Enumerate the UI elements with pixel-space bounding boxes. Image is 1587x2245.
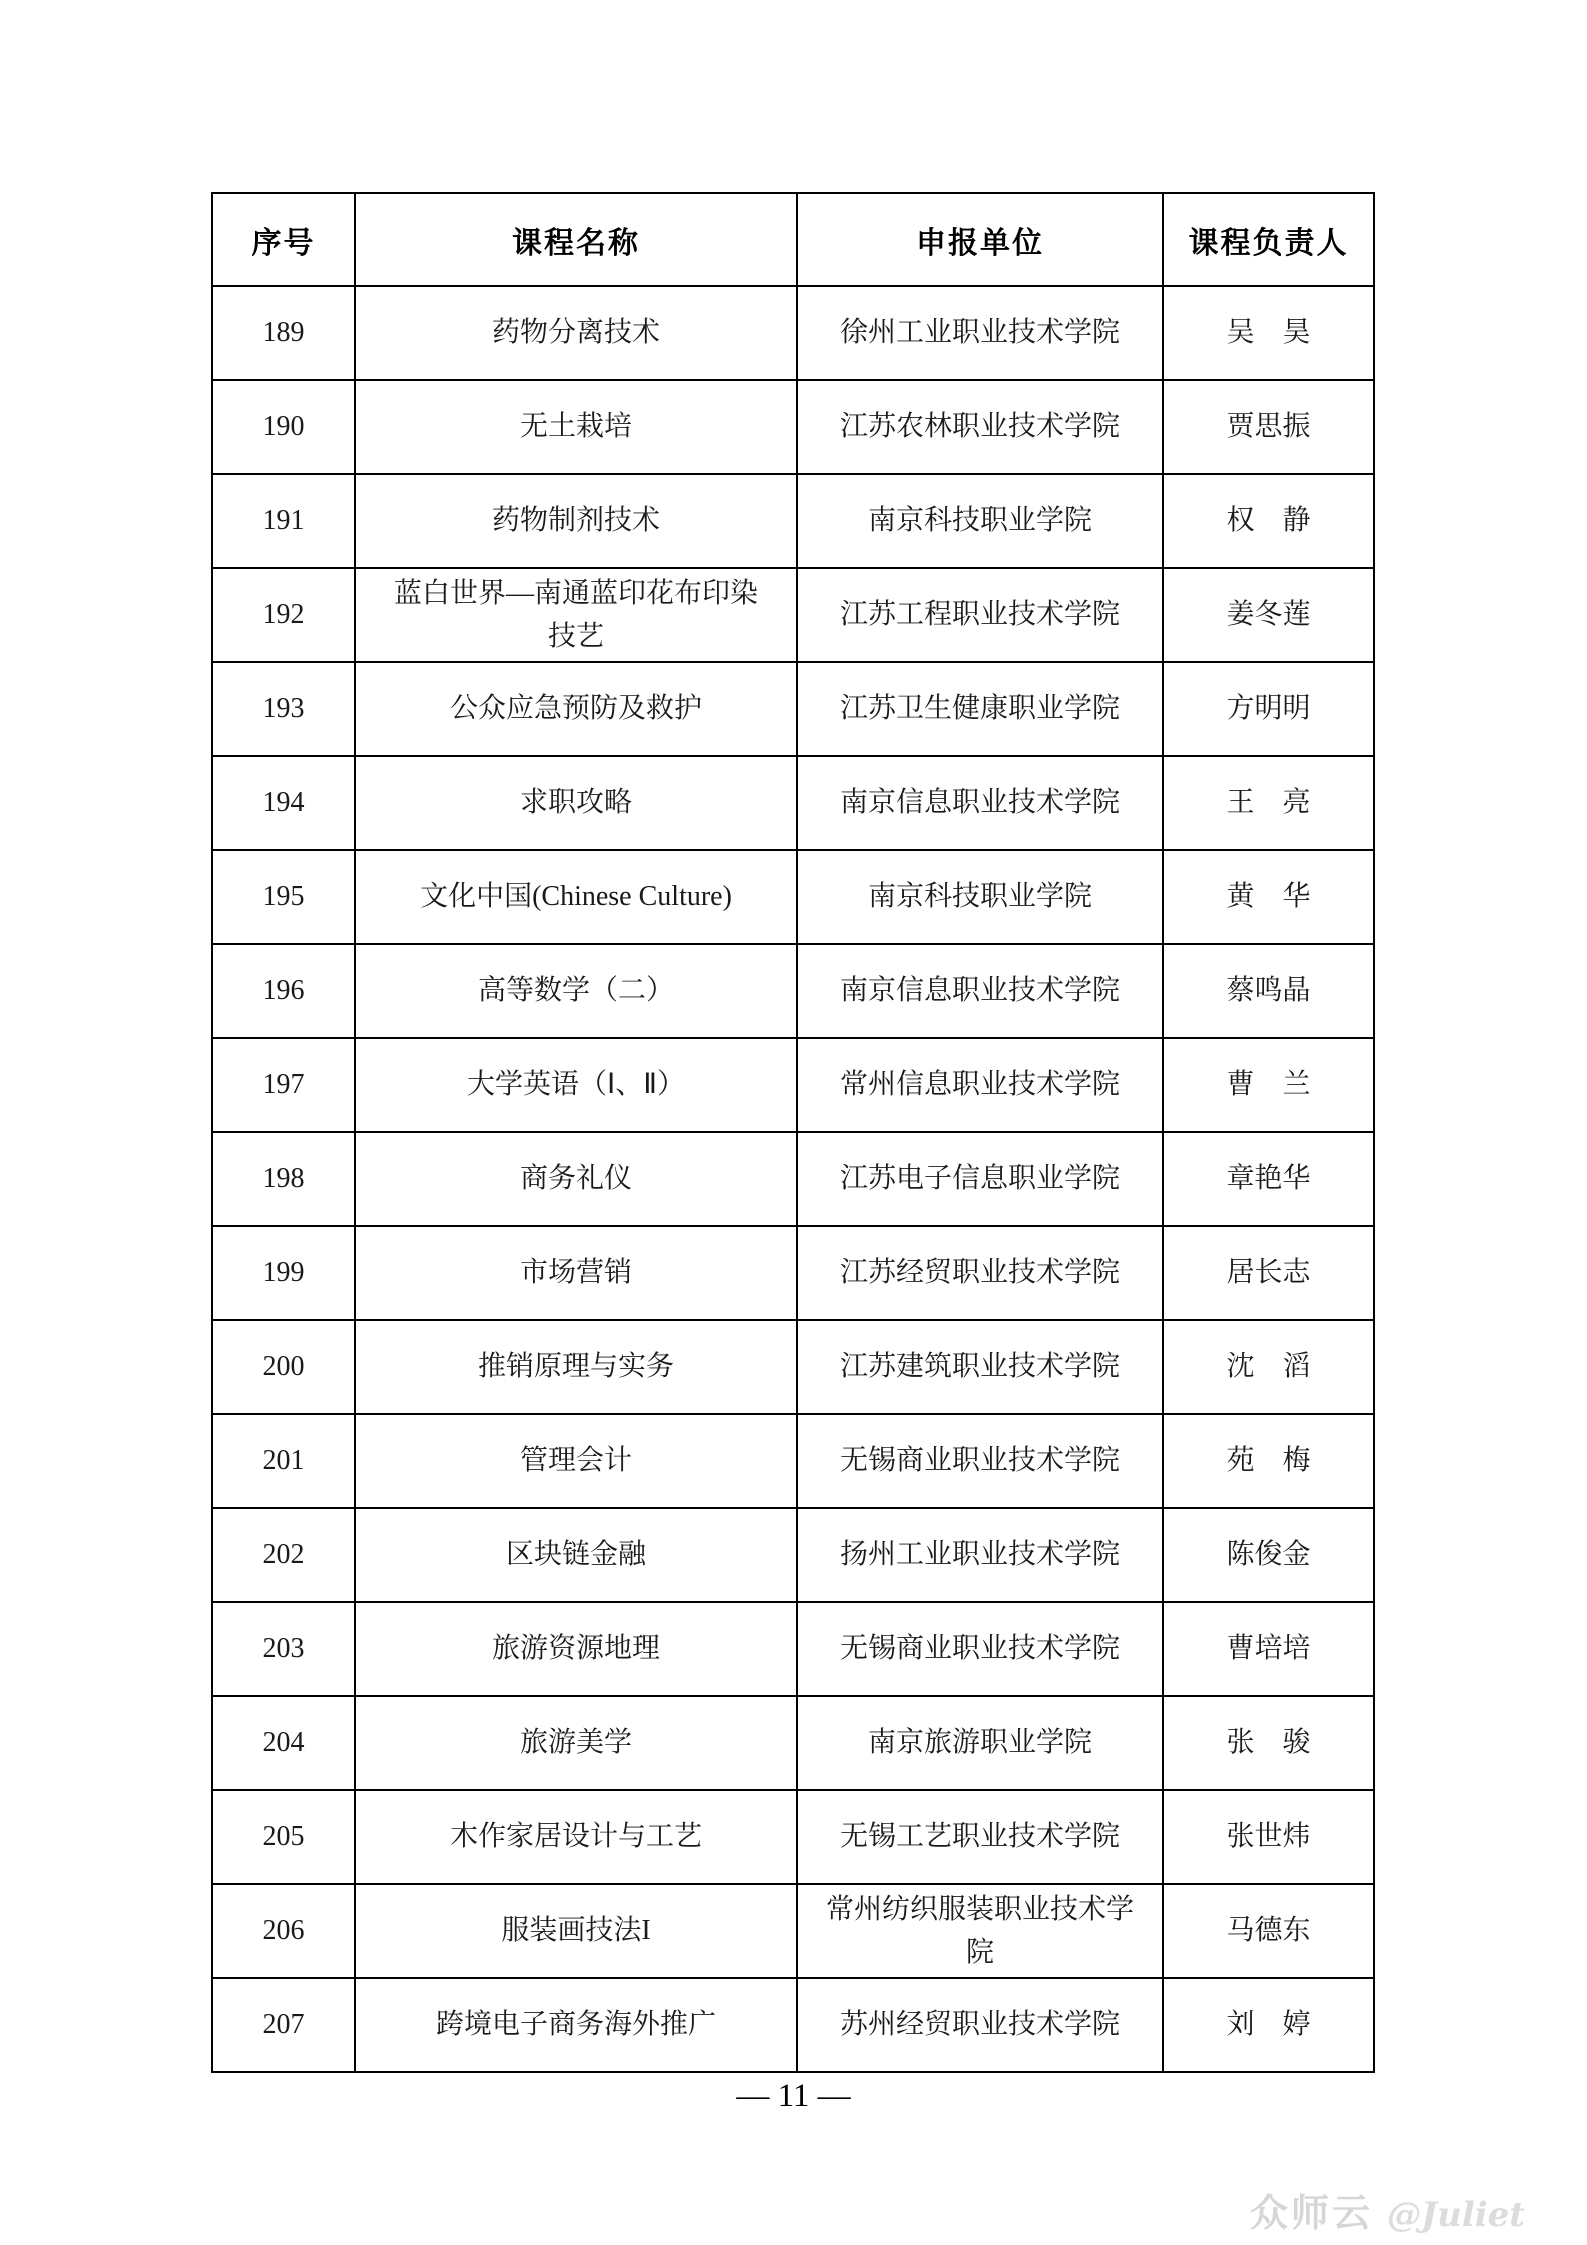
cell-leader: 权 静 (1163, 474, 1374, 568)
cell-unit: 无锡工艺职业技术学院 (797, 1790, 1163, 1884)
table-row: 193公众应急预防及救护江苏卫生健康职业学院方明明 (212, 662, 1374, 756)
cell-leader: 方明明 (1163, 662, 1374, 756)
cell-leader: 马德东 (1163, 1884, 1374, 1978)
cell-leader: 沈 滔 (1163, 1320, 1374, 1414)
table-row: 202区块链金融扬州工业职业技术学院陈俊金 (212, 1508, 1374, 1602)
cell-leader: 贾思振 (1163, 380, 1374, 474)
table-row: 195文化中国(Chinese Culture)南京科技职业学院黄 华 (212, 850, 1374, 944)
cell-unit: 江苏经贸职业技术学院 (797, 1226, 1163, 1320)
cell-unit: 徐州工业职业技术学院 (797, 286, 1163, 380)
page-number: — 11 — (0, 2078, 1587, 2115)
cell-course: 大学英语（Ⅰ、Ⅱ） (355, 1038, 797, 1132)
cell-course: 求职攻略 (355, 756, 797, 850)
cell-unit: 江苏卫生健康职业学院 (797, 662, 1163, 756)
cell-unit: 江苏电子信息职业学院 (797, 1132, 1163, 1226)
cell-no: 198 (212, 1132, 355, 1226)
cell-unit: 扬州工业职业技术学院 (797, 1508, 1163, 1602)
cell-unit: 常州信息职业技术学院 (797, 1038, 1163, 1132)
cell-no: 203 (212, 1602, 355, 1696)
cell-no: 196 (212, 944, 355, 1038)
cell-leader: 黄 华 (1163, 850, 1374, 944)
cell-course: 文化中国(Chinese Culture) (355, 850, 797, 944)
table-row: 203旅游资源地理无锡商业职业技术学院曹培培 (212, 1602, 1374, 1696)
cell-leader: 刘 婷 (1163, 1978, 1374, 2072)
cell-leader: 章艳华 (1163, 1132, 1374, 1226)
col-header-course-leader: 课程负责人 (1163, 193, 1374, 286)
cell-unit: 常州纺织服装职业技术学院 (797, 1884, 1163, 1978)
cell-leader: 张世炜 (1163, 1790, 1374, 1884)
cell-no: 202 (212, 1508, 355, 1602)
cell-leader: 吴 昊 (1163, 286, 1374, 380)
cell-leader: 陈俊金 (1163, 1508, 1374, 1602)
watermark-brand: 众师云 (1250, 2193, 1373, 2235)
table-row: 192蓝白世界—南通蓝印花布印染技艺江苏工程职业技术学院姜冬莲 (212, 568, 1374, 662)
cell-unit: 无锡商业职业技术学院 (797, 1602, 1163, 1696)
cell-unit: 南京信息职业技术学院 (797, 944, 1163, 1038)
cell-no: 189 (212, 286, 355, 380)
cell-course: 高等数学（二） (355, 944, 797, 1038)
table-row: 191药物制剂技术南京科技职业学院权 静 (212, 474, 1374, 568)
table-row: 205木作家居设计与工艺无锡工艺职业技术学院张世炜 (212, 1790, 1374, 1884)
cell-no: 204 (212, 1696, 355, 1790)
cell-unit: 江苏农林职业技术学院 (797, 380, 1163, 474)
table-body: 189药物分离技术徐州工业职业技术学院吴 昊190无土栽培江苏农林职业技术学院贾… (212, 286, 1374, 2072)
cell-unit: 南京科技职业学院 (797, 474, 1163, 568)
cell-course: 旅游资源地理 (355, 1602, 797, 1696)
cell-course: 药物制剂技术 (355, 474, 797, 568)
header-row: 序号 课程名称 申报单位 课程负责人 (212, 193, 1374, 286)
cell-unit: 江苏建筑职业技术学院 (797, 1320, 1163, 1414)
table-row: 201管理会计无锡商业职业技术学院苑 梅 (212, 1414, 1374, 1508)
cell-course: 服装画技法I (355, 1884, 797, 1978)
table-row: 204旅游美学南京旅游职业学院张 骏 (212, 1696, 1374, 1790)
table-row: 198商务礼仪江苏电子信息职业学院章艳华 (212, 1132, 1374, 1226)
cell-no: 190 (212, 380, 355, 474)
col-header-course-name: 课程名称 (355, 193, 797, 286)
cell-no: 200 (212, 1320, 355, 1414)
cell-course: 管理会计 (355, 1414, 797, 1508)
cell-no: 191 (212, 474, 355, 568)
cell-no: 201 (212, 1414, 355, 1508)
cell-no: 205 (212, 1790, 355, 1884)
cell-no: 192 (212, 568, 355, 662)
cell-no: 199 (212, 1226, 355, 1320)
table-row: 194求职攻略南京信息职业技术学院王 亮 (212, 756, 1374, 850)
cell-leader: 苑 梅 (1163, 1414, 1374, 1508)
cell-unit: 南京信息职业技术学院 (797, 756, 1163, 850)
cell-no: 207 (212, 1978, 355, 2072)
table-row: 196高等数学（二）南京信息职业技术学院蔡鸣晶 (212, 944, 1374, 1038)
table-row: 206服装画技法I常州纺织服装职业技术学院马德东 (212, 1884, 1374, 1978)
col-header-serial: 序号 (212, 193, 355, 286)
cell-course: 跨境电子商务海外推广 (355, 1978, 797, 2072)
cell-leader: 张 骏 (1163, 1696, 1374, 1790)
document-page: 序号 课程名称 申报单位 课程负责人 189药物分离技术徐州工业职业技术学院吴 … (0, 0, 1587, 2245)
cell-unit: 南京科技职业学院 (797, 850, 1163, 944)
cell-leader: 蔡鸣晶 (1163, 944, 1374, 1038)
watermark: 众师云@Juliet (1250, 2182, 1525, 2237)
cell-no: 206 (212, 1884, 355, 1978)
cell-no: 195 (212, 850, 355, 944)
course-table: 序号 课程名称 申报单位 课程负责人 189药物分离技术徐州工业职业技术学院吴 … (211, 192, 1375, 2073)
table-row: 207跨境电子商务海外推广苏州经贸职业技术学院刘 婷 (212, 1978, 1374, 2072)
cell-course: 推销原理与实务 (355, 1320, 797, 1414)
cell-no: 193 (212, 662, 355, 756)
table-row: 199市场营销江苏经贸职业技术学院居长志 (212, 1226, 1374, 1320)
cell-leader: 王 亮 (1163, 756, 1374, 850)
cell-unit: 江苏工程职业技术学院 (797, 568, 1163, 662)
table-row: 190无土栽培江苏农林职业技术学院贾思振 (212, 380, 1374, 474)
table-row: 200推销原理与实务江苏建筑职业技术学院沈 滔 (212, 1320, 1374, 1414)
cell-leader: 姜冬莲 (1163, 568, 1374, 662)
cell-course: 木作家居设计与工艺 (355, 1790, 797, 1884)
cell-course: 药物分离技术 (355, 286, 797, 380)
cell-leader: 曹 兰 (1163, 1038, 1374, 1132)
table-row: 197大学英语（Ⅰ、Ⅱ）常州信息职业技术学院曹 兰 (212, 1038, 1374, 1132)
cell-course: 公众应急预防及救护 (355, 662, 797, 756)
cell-no: 197 (212, 1038, 355, 1132)
cell-leader: 曹培培 (1163, 1602, 1374, 1696)
col-header-applicant-unit: 申报单位 (797, 193, 1163, 286)
watermark-handle: @Juliet (1387, 2195, 1525, 2235)
table-row: 189药物分离技术徐州工业职业技术学院吴 昊 (212, 286, 1374, 380)
cell-course: 无土栽培 (355, 380, 797, 474)
cell-leader: 居长志 (1163, 1226, 1374, 1320)
cell-course: 商务礼仪 (355, 1132, 797, 1226)
cell-unit: 无锡商业职业技术学院 (797, 1414, 1163, 1508)
cell-course: 旅游美学 (355, 1696, 797, 1790)
cell-no: 194 (212, 756, 355, 850)
cell-course: 区块链金融 (355, 1508, 797, 1602)
cell-unit: 苏州经贸职业技术学院 (797, 1978, 1163, 2072)
cell-course: 市场营销 (355, 1226, 797, 1320)
cell-course: 蓝白世界—南通蓝印花布印染技艺 (355, 568, 797, 662)
cell-unit: 南京旅游职业学院 (797, 1696, 1163, 1790)
